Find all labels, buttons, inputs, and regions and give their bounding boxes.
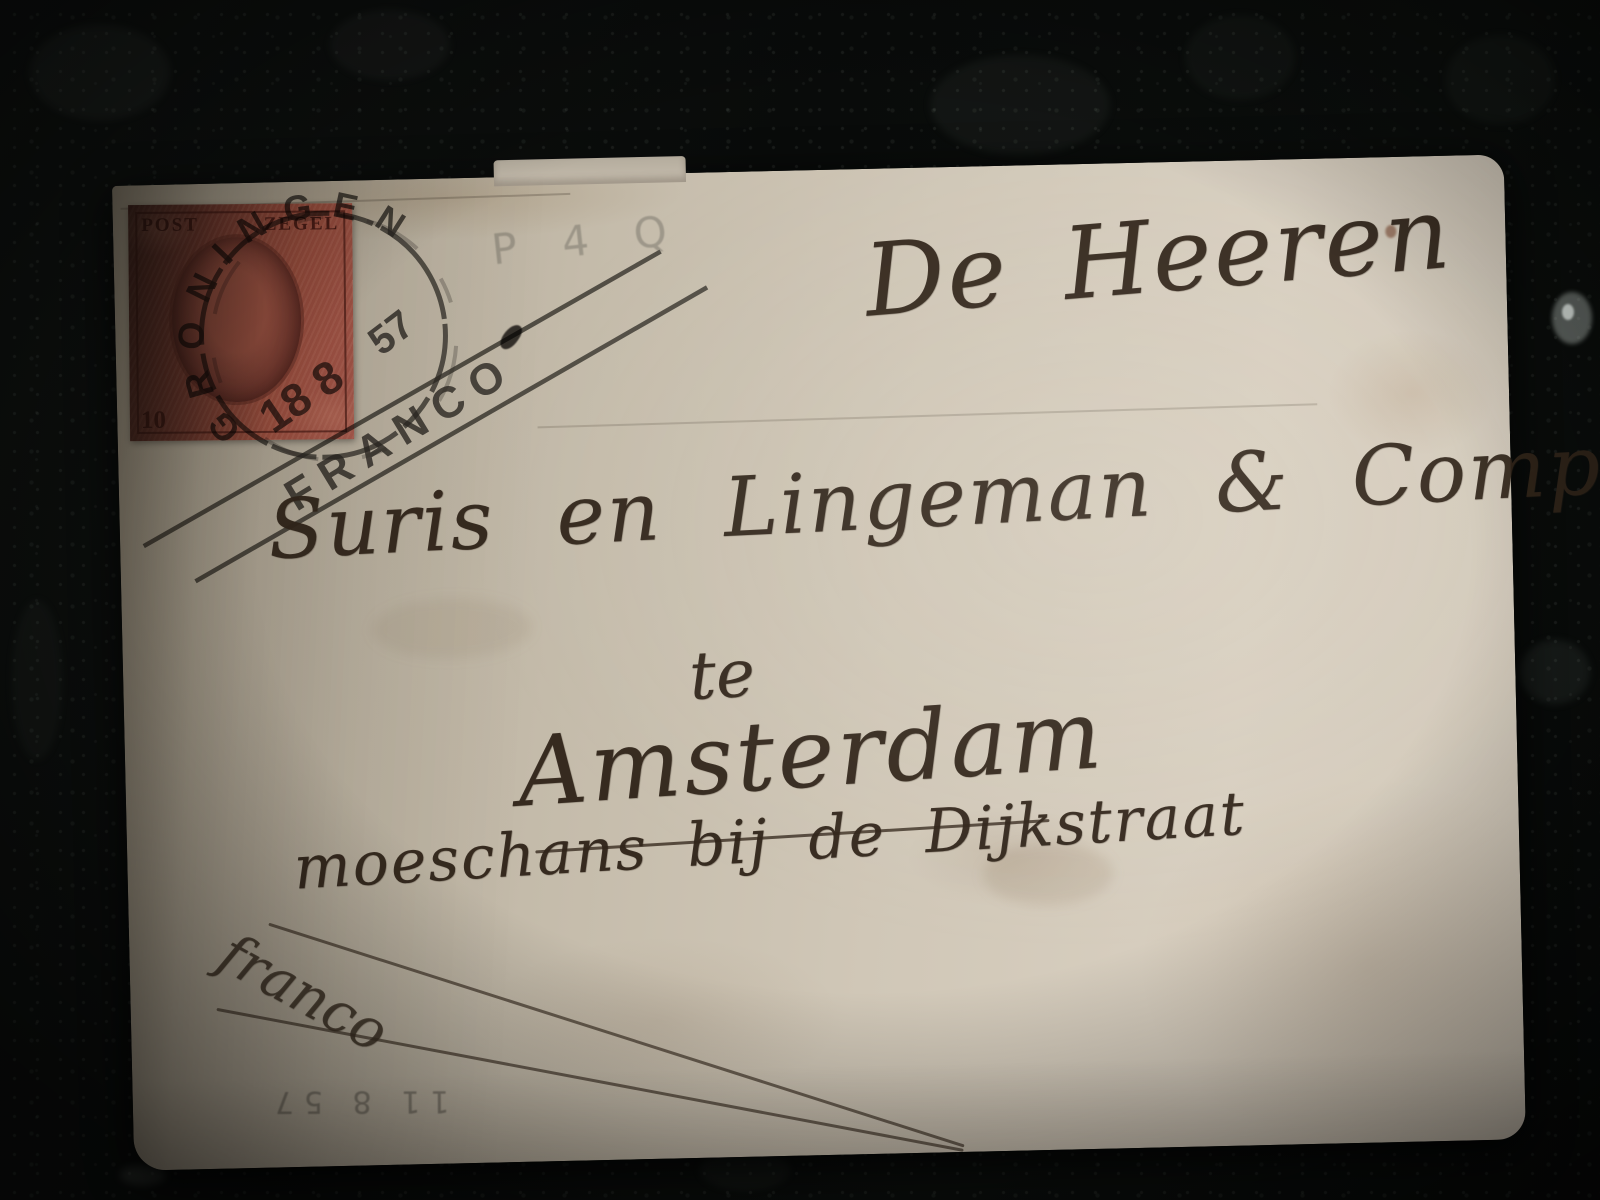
envelope-flap-tab	[494, 156, 687, 186]
granite-speck	[1185, 15, 1295, 100]
granite-shiny-speck	[1552, 292, 1592, 344]
envelope: POST ZEGEL 10 GRONINGEN 18 8 57 FRANCO D…	[112, 154, 1526, 1170]
photo-of-envelope-on-granite: POST ZEGEL 10 GRONINGEN 18 8 57 FRANCO D…	[0, 0, 1600, 1200]
crease-line	[538, 403, 1318, 428]
address-line-1: De Heeren	[861, 183, 1455, 332]
stain	[371, 597, 532, 661]
granite-speck	[12, 600, 62, 760]
address-line-3: te	[687, 640, 756, 710]
stamp-shadow-overlay	[128, 203, 354, 441]
granite-speck	[1520, 640, 1590, 704]
granite-speck	[30, 25, 170, 120]
address-line-2: Suris en Lingeman & Comp,	[266, 424, 1600, 573]
postage-stamp: POST ZEGEL 10	[128, 203, 354, 441]
granite-speck	[1445, 35, 1555, 125]
franco-notation: franco	[210, 925, 397, 1062]
ink-blot	[497, 321, 525, 353]
pencil-annotation: P 4 Q	[490, 209, 685, 272]
granite-speck	[930, 55, 1110, 155]
pencil-date-annotation: 11 8 57	[265, 1085, 450, 1116]
granite-speck	[330, 10, 450, 80]
franco-strike-line	[216, 1008, 963, 1152]
postmark-year: 57	[360, 302, 422, 364]
granite-shiny-speck	[1562, 304, 1574, 320]
